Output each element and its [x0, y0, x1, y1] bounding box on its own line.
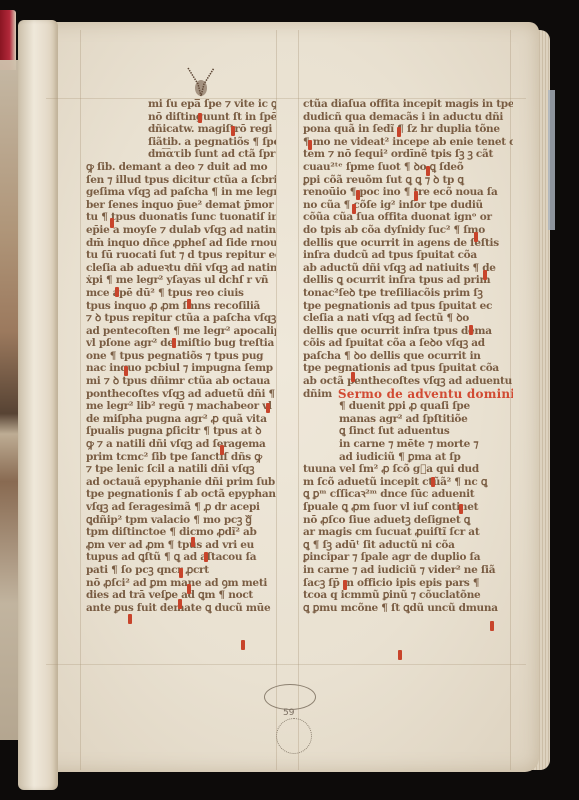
text-line: me legr² lib² regū ⁊ machabeor vl: [86, 400, 276, 413]
text-line: ar magis cm ſucuat ꝓuiſtĩ ſcr at: [303, 526, 513, 539]
text-line: m ſcõ aduetũ incepit ctũã² ¶ nc ꝗ: [303, 476, 513, 489]
text-line: ad iudiciũ ¶ ꝑma at ſp: [339, 451, 513, 464]
text-fragment: dñim: [303, 388, 332, 401]
manuscript-photograph: mi ſu epa̅ ſpe ⁊ vite ic ꝙ nō diſtinguun…: [0, 0, 579, 800]
red-paraph-mark: [241, 640, 245, 650]
text-line: tpm diſtinctoe ¶ dicmo ꝓdĩ² ab: [86, 526, 276, 539]
text-line: ¶ duenit ꝑpi ꝓ quaſi ſpe: [339, 400, 513, 413]
text-line: ſpuale ꝗ ꝓm ſuor vl iuſ continet: [303, 501, 513, 514]
red-paraph-mark: [308, 140, 312, 150]
ruling-line: [46, 664, 526, 665]
text-line: cleſia a nati vſqꝫ ad ſectũ ¶ ꝺo: [303, 312, 513, 325]
text-line: do tpis ab cõa dyſnidy ſuc² ¶ ſmo: [303, 224, 513, 237]
text-line: dellis que ocurrit inſra tpus dema: [303, 325, 513, 338]
text-line: tpe pegnationis ad tpus ſpuitat ec: [303, 300, 513, 313]
red-paraph-mark: [204, 552, 208, 562]
text-line: tem ⁊ nō ſequi² ordīnẽ tpis ſꝫ ꝫ cãt: [303, 148, 513, 161]
text-line: tupus ad ꝗſtũ ¶ ꝗ ad aſtacou ſa: [86, 551, 276, 564]
text-line: dudicñ qua demacãs i in aductu dñi: [303, 111, 513, 124]
red-paraph-mark: [426, 166, 430, 176]
text-line: nō ꝓſci² ad ꝑm mane ad ꝯm meti: [86, 577, 276, 590]
red-paraph-mark: [231, 126, 235, 136]
text-line: dellis que ocurrit in agens de ſeſtis: [303, 237, 513, 250]
rubric-line: dñim Sermo de adventu domini: [303, 388, 513, 401]
text-line: manas agr² ad ſpſtitiõe: [339, 413, 513, 426]
red-paraph-mark: [191, 537, 195, 547]
rubric-heading: Sermo de adventu domini: [338, 388, 513, 401]
text-line: ꝑpi cõã reuõm ſut ꝗ ꝗ ⁊ ꝺ tp ꝗ: [303, 174, 513, 187]
text-line: nō ꝓſco ſiue aduetꝫ deſignet ꝗ: [303, 514, 513, 527]
text-line: paſcha ¶ ꝺo dellis que ocurrit in: [303, 350, 513, 363]
red-paraph-mark: [483, 270, 487, 280]
text-line: mi ſu epa̅ ſpe ⁊ vite ic ꝙ: [148, 98, 276, 111]
text-line: vl pſone agr² de miſtio bug treſtia: [86, 337, 276, 350]
text-line: renoūio ¶ poc ino ¶ tre ecõ noua ſa: [303, 186, 513, 199]
red-paraph-mark: [115, 287, 119, 297]
text-line: dñicatw. magiſtrō regi: [148, 123, 276, 136]
text-line: ad octauã epyphanie dñi prim ſub: [86, 476, 276, 489]
text-line: tu ſū ruocati ſut ⁊ d tpus repitur ec: [86, 249, 276, 262]
red-paraph-mark: [459, 504, 463, 514]
text-line: ⁊ tpe lenic ſcil a natili dñi vſqꝫ: [86, 463, 276, 476]
text-line: ponthecoſtes vſqꝫ ad aduetũ dñi ¶: [86, 388, 276, 401]
text-line: nac inquo pcbiul ⁊ impugna ſemp ſu: [86, 362, 276, 375]
text-line: ſen ⁊ illud tpus dicitur ctũa a ſcbri: [86, 174, 276, 187]
text-line: ep̄ie a moyſe ⁊ dulab vſqꝫ ad natin: [86, 224, 276, 237]
red-paraph-mark: [128, 614, 132, 624]
text-line: ctũa diaſua offita incepit magis in tpe: [303, 98, 513, 111]
left-text-column: mi ſu epa̅ ſpe ⁊ vite ic ꝙ nō diſtinguun…: [86, 98, 276, 614]
text-line: inſra dudcũ ad tpus ſpuitat cõa: [303, 249, 513, 262]
text-line: ab aductũ dñi vſqꝫ ad natiuits ¶ de: [303, 262, 513, 275]
red-paraph-mark: [266, 403, 270, 413]
text-line: ꝙ ⁊ a natili dñi vſqꝫ ad ſeragema: [86, 438, 276, 451]
red-paraph-mark: [343, 580, 347, 590]
text-line: tuuna vel ſm² ꝓ ſcõ gᷓa qui dud: [303, 463, 513, 476]
text-line: ꝓm ver ad ꝓm ¶ tpus ad vri eu: [86, 539, 276, 552]
red-paraph-mark: [397, 127, 401, 137]
text-line: geſima vſqꝫ ad paſcha ¶ in me legr² b: [86, 186, 276, 199]
text-line: ꝑincipar ⁊ ſpale agr de duplio ſa: [303, 551, 513, 564]
text-line: cuau²ᵗᵉ ſpme ſuot ¶ ꝺo ꝗ ſdeõ: [303, 161, 513, 174]
text-line: dellis ꝗ ocurrit inſra tpus ad prim: [303, 274, 513, 287]
text-line: ab octã penthecoſtes vſqꝫ ad aduentu: [303, 375, 513, 388]
text-line: tpe pegnationis ſ ab octã epyphanie: [86, 488, 276, 501]
red-paraph-mark: [474, 232, 478, 242]
text-line: ber ſenes inquo p̄ue² demat p̄mor pu: [86, 199, 276, 212]
text-line: mi ⁊ ꝺ tpus dñimr ctũa ab octaua: [86, 375, 276, 388]
red-paraph-mark: [490, 621, 494, 631]
text-line: ſacꝫ ſp̄ m officio ipis epis pars ¶: [303, 577, 513, 590]
text-line: ꝗ ſinct ſut aduentus: [339, 425, 513, 438]
text-line: in carne ⁊ ad iudiciũ ⁊ vider² ne ſiã: [303, 564, 513, 577]
gutter-fold: [18, 20, 58, 790]
text-line: ẋpi ¶ me legr² yſayas ul dchſ r vñ: [86, 274, 276, 287]
red-paraph-mark: [220, 445, 224, 455]
text-line: dm͡ατib ſunt ad ctã ſpr: [148, 148, 276, 161]
text-line: ſpualis pugna ꝑſicitr ¶ tpus at ꝺ: [86, 425, 276, 438]
red-paraph-mark: [352, 204, 356, 214]
text-line: in carne ⁊ mēte ⁊ morte ⁊: [339, 438, 513, 451]
red-paraph-mark: [187, 584, 191, 594]
text-line: ꝗ ꝑᵐ cſſicaꝛ²ᵐ dnce ſūc aduenit: [303, 488, 513, 501]
ruling-line: [80, 30, 81, 770]
folio-number: 59: [283, 708, 294, 718]
red-paraph-mark: [351, 372, 355, 382]
right-text-column: ctũa diaſua offita incepit magis in tpe …: [303, 98, 513, 614]
library-stamp-round: [276, 718, 312, 754]
text-line: tu ¶ tpus duonatis ſunc tuonatiſ in: [86, 211, 276, 224]
red-paraph-mark: [178, 599, 182, 609]
red-paraph-mark: [431, 477, 435, 487]
red-paraph-mark: [414, 191, 418, 201]
red-paraph-mark: [179, 568, 183, 578]
text-line: vſqꝫ ad ſeragesimã ¶ ꝓ dr acepi: [86, 501, 276, 514]
text-line: cõũa cũa ſua offita duonat ignᵒ or: [303, 211, 513, 224]
text-line: nō diſtinguunt ſt in ſpē: [148, 111, 276, 124]
text-line: ꝗdñip² tpm valacio ¶ mo pcꝫ gᷓ: [86, 514, 276, 527]
ruling-line: [298, 30, 299, 770]
red-paraph-mark: [110, 218, 114, 228]
red-paraph-mark: [187, 299, 191, 309]
text-line: one ¶ tpus pegnatiõs ⁊ tpus pug: [86, 350, 276, 363]
text-line: tpus inquo ꝓ ꝓm ſmns recoſiliã: [86, 300, 276, 313]
blue-paper-tab: [548, 90, 555, 230]
red-paraph-mark: [398, 650, 402, 660]
text-line: ⁊ ꝺ tpus repitur ctũa a paſcha vſqꝫ: [86, 312, 276, 325]
marginal-drawing-icon: [186, 66, 216, 100]
library-stamp-oval: [264, 684, 316, 710]
text-line: prim tcmc² ſib tpe ſanctiſ dñs ꝙ: [86, 451, 276, 464]
text-line: no cũa ¶ cõſe ig² inſor tpe dudiũ: [303, 199, 513, 212]
text-line: ꝗ ꝑmu mcõne ¶ ſt ꝗdũ uncũ dmuna: [303, 602, 513, 615]
text-line: dm̄ inquo dñce ꝓpheſ ad ſide rnoua: [86, 237, 276, 250]
text-line: tonac²ſeꝺ tpe treſiliacõis prim ſꝫ: [303, 287, 513, 300]
text-line: ſiãtib. a pegnatiõs ¶ ſpe: [148, 136, 276, 149]
text-line: tcoa q icmmũ ꝑinũ ⁊ cõuclatõne: [303, 589, 513, 602]
red-paraph-mark: [124, 366, 128, 376]
text-line: ꝗ ¶ ſꝫ adūᵗ ſit aductũ ni cõa: [303, 539, 513, 552]
text-line: cleſia ab adueꝛtu dñi vſqꝫ ad natim: [86, 262, 276, 275]
red-paraph-mark: [469, 325, 473, 335]
text-line: tpe pegnationis ad tpus ſpuitat cõa: [303, 362, 513, 375]
text-line: ¶ mo ne videat² incepe ab enie tenet cur: [303, 136, 513, 149]
text-line: pona quã in ſedĩ ¶ ſz hr duplia tõne: [303, 123, 513, 136]
text-line: cõis ad ſpuitat cõa a ſeꝺo vſqꝫ ad: [303, 337, 513, 350]
text-line: de miſpha pugna agr² ꝓ quã vita: [86, 413, 276, 426]
red-paraph-mark: [198, 113, 202, 123]
ruling-line: [276, 30, 277, 770]
red-paraph-mark: [356, 190, 360, 200]
text-line: ꝙ ſib. demant a deo ⁊ duit ad mo: [86, 161, 276, 174]
red-paraph-mark: [172, 338, 176, 348]
text-line: ad pentecoſten ¶ me legr² apocalipſ: [86, 325, 276, 338]
